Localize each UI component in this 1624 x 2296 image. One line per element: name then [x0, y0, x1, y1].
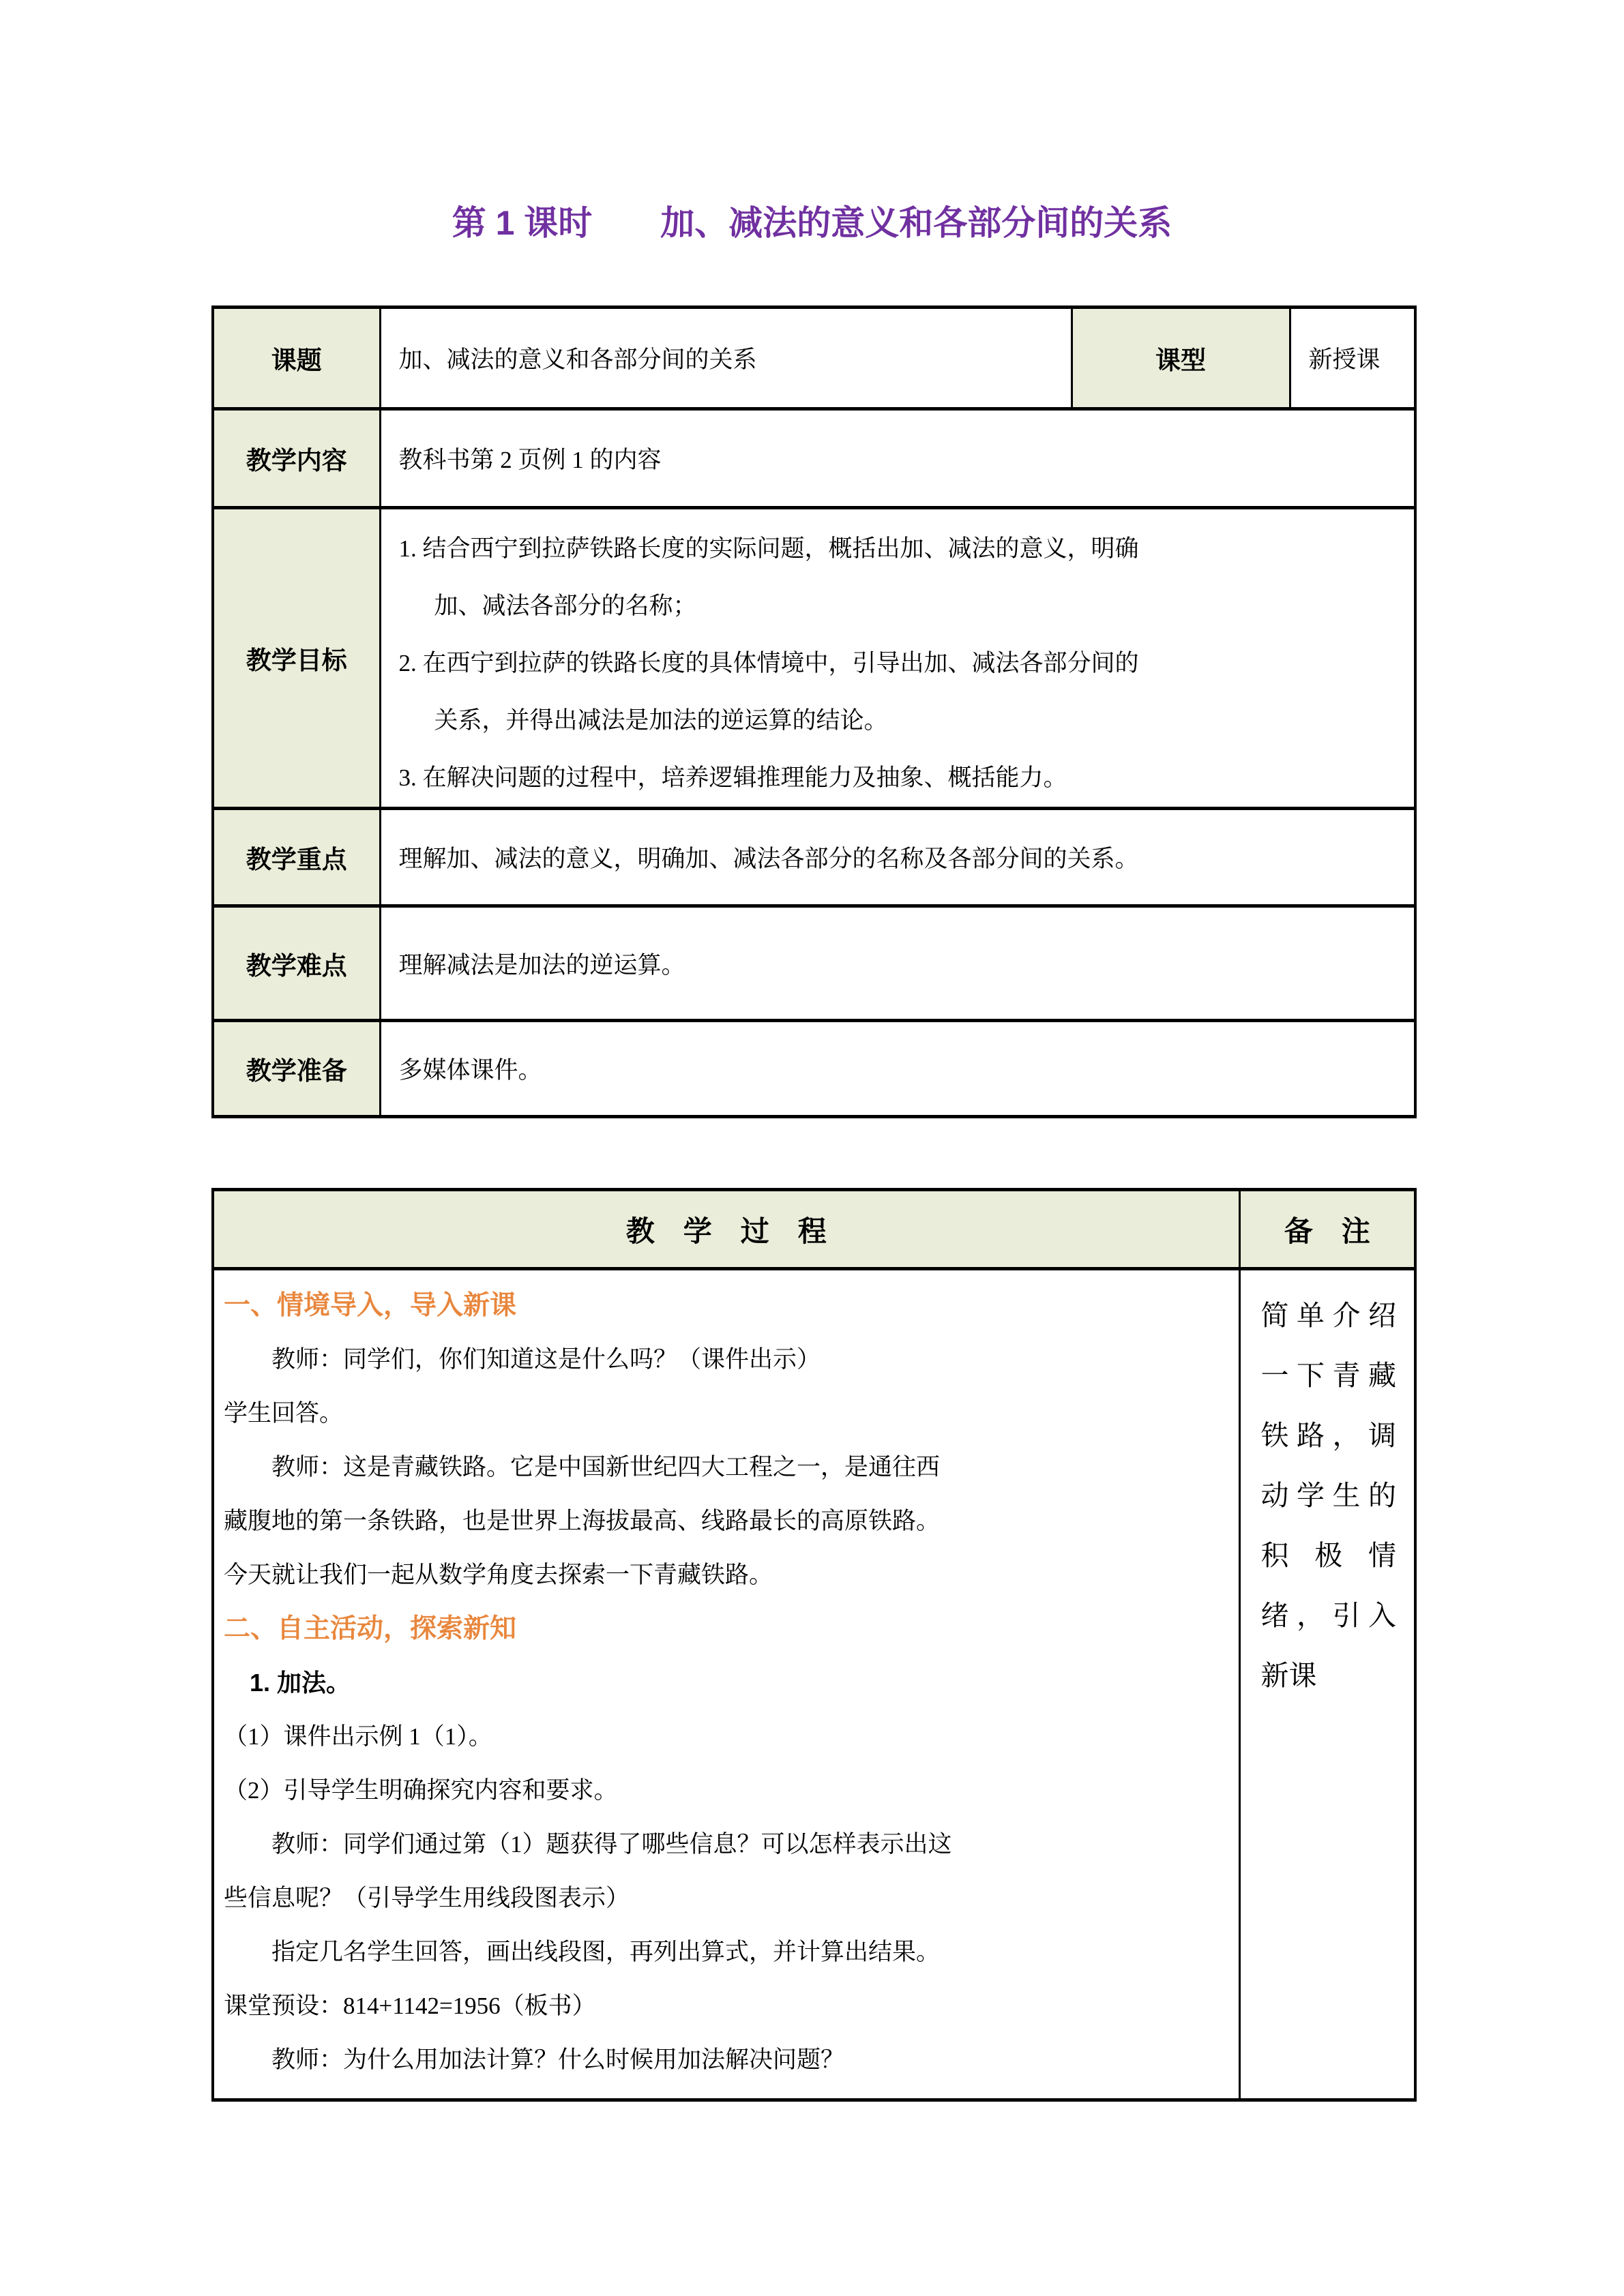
table-row: 课题 加、减法的意义和各部分间的关系 课型 新授课 — [213, 308, 1415, 409]
process-line: 些信息呢？（引导学生用线段图表示） — [224, 1871, 1230, 1925]
process-line: 教师：同学们，你们知道这是什么吗？（课件出示） — [224, 1332, 1230, 1386]
key-points-value: 理解加、减法的意义，明确加、减法各部分的名称及各部分间的关系。 — [380, 809, 1415, 906]
topic-label: 课题 — [213, 308, 380, 409]
process-line: 藏腹地的第一条铁路，也是世界上海拔最高、线路最长的高原铁路。 — [224, 1494, 1230, 1548]
goal-line: 加、减法各部分的名称； — [399, 578, 1402, 635]
table-row: 教学难点 理解减法是加法的逆运算。 — [213, 906, 1415, 1021]
table-row: 教学内容 教科书第 2 页例 1 的内容 — [213, 409, 1415, 508]
table-row: 教学准备 多媒体课件。 — [213, 1021, 1415, 1117]
process-line: 指定几名学生回答，画出线段图，再列出算式，并计算出结果。 — [224, 1925, 1230, 1979]
goal-line: 2. 在西宁到拉萨的铁路长度的具体情境中，引导出加、减法各部分间的 — [399, 635, 1402, 692]
key-points-label: 教学重点 — [213, 809, 380, 906]
process-line: 学生回答。 — [224, 1386, 1230, 1440]
section-heading: 二、自主活动，探索新知 — [224, 1602, 1230, 1656]
process-line: 1. 加法。 — [224, 1656, 1230, 1710]
course-type-label: 课型 — [1072, 308, 1290, 409]
notes-content: 简单介绍一下青藏铁路，调动学生的积极情绪，引入新课 — [1239, 1269, 1415, 2100]
process-line: 教师：同学们通过第（1）题获得了哪些信息？可以怎样表示出这 — [224, 1817, 1230, 1871]
preparation-value: 多媒体课件。 — [380, 1021, 1415, 1117]
goal-line: 3. 在解决问题的过程中，培养逻辑推理能力及抽象、概括能力。 — [399, 749, 1402, 807]
process-line: （1）课件出示例 1（1）。 — [224, 1710, 1230, 1763]
difficulty-value: 理解减法是加法的逆运算。 — [380, 906, 1415, 1021]
goal-line: 1. 结合西宁到拉萨铁路长度的实际问题，概括出加、减法的意义，明确 — [399, 520, 1402, 578]
page-title: 第 1 课时 加、减法的意义和各部分间的关系 — [0, 196, 1624, 250]
preparation-label: 教学准备 — [213, 1021, 380, 1117]
course-type-value: 新授课 — [1290, 308, 1415, 409]
section-heading: 一、情境导入，导入新课 — [224, 1279, 1230, 1332]
notes-header: 备 注 — [1239, 1190, 1415, 1269]
document-page: { "title": { "text": "第 1 课时 加、减法的意义和各部分… — [0, 0, 1624, 2296]
process-line: 课堂预设：814+1142=1956（板书） — [224, 1979, 1230, 2033]
difficulty-label: 教学难点 — [213, 906, 380, 1021]
teaching-process-table: 教 学 过 程 备 注 一、情境导入，导入新课 教师：同学们，你们知道这是什么吗… — [211, 1188, 1417, 2102]
lesson-info-table: 课题 加、减法的意义和各部分间的关系 课型 新授课 教学内容 教科书第 2 页例… — [211, 305, 1417, 1118]
table-body-row: 一、情境导入，导入新课 教师：同学们，你们知道这是什么吗？（课件出示） 学生回答… — [213, 1269, 1415, 2100]
topic-value: 加、减法的意义和各部分间的关系 — [380, 308, 1072, 409]
goal-line: 关系，并得出减法是加法的逆运算的结论。 — [399, 692, 1402, 749]
process-line: 教师：为什么用加法计算？什么时候用加法解决问题？ — [224, 2033, 1230, 2087]
table-row: 教学重点 理解加、减法的意义，明确加、减法各部分的名称及各部分间的关系。 — [213, 809, 1415, 906]
table-row: 教学目标 1. 结合西宁到拉萨铁路长度的实际问题，概括出加、减法的意义，明确 加… — [213, 508, 1415, 809]
content-label: 教学内容 — [213, 409, 380, 508]
goals-label: 教学目标 — [213, 508, 380, 809]
process-line: （2）引导学生明确探究内容和要求。 — [224, 1763, 1230, 1817]
process-header: 教 学 过 程 — [213, 1190, 1239, 1269]
process-line: 今天就让我们一起从数学角度去探索一下青藏铁路。 — [224, 1548, 1230, 1602]
process-content: 一、情境导入，导入新课 教师：同学们，你们知道这是什么吗？（课件出示） 学生回答… — [213, 1269, 1239, 2100]
content-value: 教科书第 2 页例 1 的内容 — [380, 409, 1415, 508]
table-header-row: 教 学 过 程 备 注 — [213, 1190, 1415, 1269]
process-line: 教师：这是青藏铁路。它是中国新世纪四大工程之一，是通往西 — [224, 1440, 1230, 1494]
goals-value: 1. 结合西宁到拉萨铁路长度的实际问题，概括出加、减法的意义，明确 加、减法各部… — [380, 508, 1415, 809]
